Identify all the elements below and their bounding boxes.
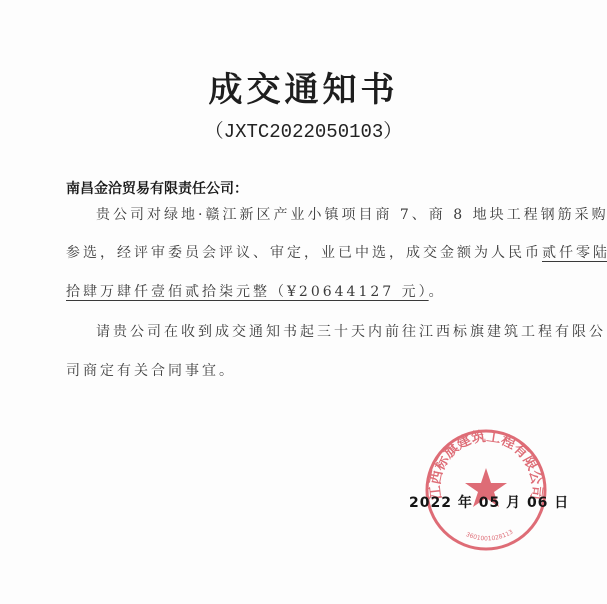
amount-in-words-part1: 贰仟零陆 <box>542 245 607 261</box>
amount-in-words-part2: 拾肆万肆仟壹佰贰拾柒元整（¥20644127 元） <box>66 284 429 300</box>
document-title: 成交通知书 <box>0 62 607 111</box>
issue-date: 2022 年 05 月 06 日 <box>409 492 569 512</box>
paragraph2-line1: 请贵公司在收到成交通知书起三十天内前往江西标旗建筑工程有限公 <box>66 321 572 341</box>
paragraph1-line2: 参选，经评审委员会评议、审定，业已中选，成交金额为人民币贰仟零陆 <box>66 242 542 262</box>
paragraph2-line2: 司商定有关合同事宜。 <box>66 360 542 380</box>
recipient-name: 南昌金洽贸易有限责任公司： <box>66 178 248 198</box>
period: 。 <box>429 284 446 300</box>
svg-text:3601001028113: 3601001028113 <box>465 528 515 542</box>
stamp-code-text: 3601001028113 <box>465 528 515 542</box>
document-number: （JXTC2022050103） <box>0 116 607 143</box>
paragraph1-line2-text: 参选，经评审委员会评议、审定，业已中选，成交金额为人民币 <box>66 245 542 261</box>
paragraph1-line3: 拾肆万肆仟壹佰贰拾柒元整（¥20644127 元）。 <box>66 281 542 301</box>
paragraph1-line1: 贵公司对绿地·赣江新区产业小镇项目商 7、商 8 地块工程钢筋采购的 <box>66 204 572 224</box>
company-seal-stamp: 江西标旗建筑工程有限公司 3601001028113 <box>424 428 548 552</box>
